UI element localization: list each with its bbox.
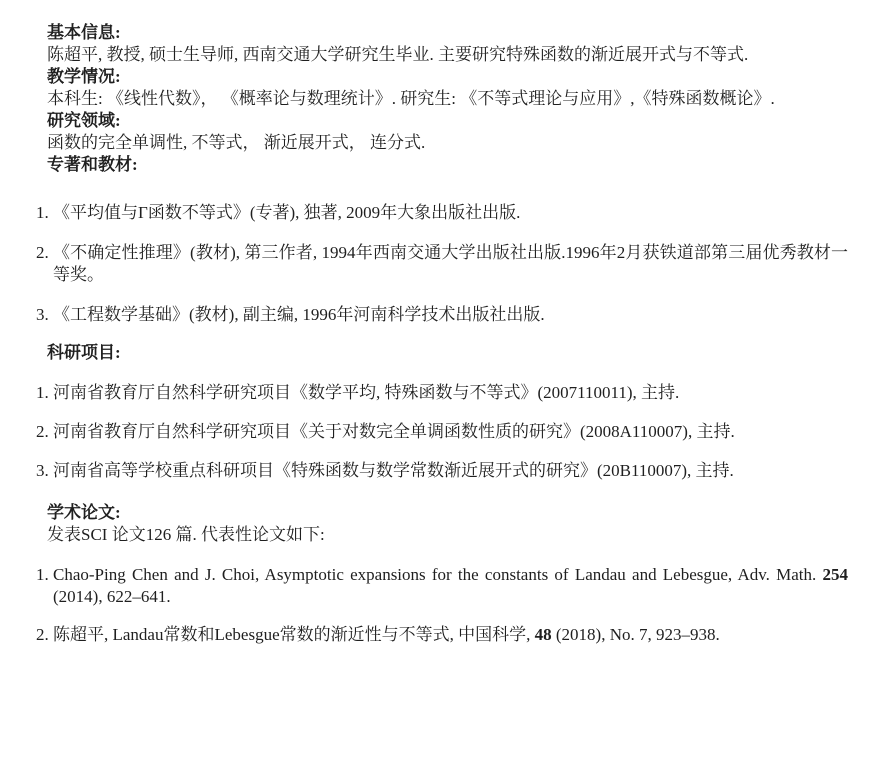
heading-books: 专著和教材:	[47, 154, 848, 176]
item-number: 2.	[36, 242, 53, 286]
books-list: 1. 《平均值与Γ函数不等式》(专著), 独著, 2009年大象出版社出版. 2…	[0, 202, 848, 326]
heading-projects: 科研项目:	[47, 342, 848, 364]
item-number: 1.	[36, 202, 53, 224]
document-page: 基本信息: 陈超平, 教授, 硕士生导师, 西南交通大学研究生毕业. 主要研究特…	[0, 0, 873, 760]
paper-citation-tail: (2014), 622–641.	[53, 587, 171, 606]
list-item: 3. 河南省高等学校重点科研项目《特殊函数与数学常数渐近展开式的研究》(20B1…	[0, 460, 848, 482]
papers-list: 1. Chao-Ping Chen and J. Choi, Asymptoti…	[0, 564, 848, 646]
list-item: 2. 《不确定性推理》(教材), 第三作者, 1994年西南交通大学出版社出版.…	[0, 242, 848, 286]
item-text: Chao-Ping Chen and J. Choi, Asymptotic e…	[53, 564, 848, 608]
item-text: 河南省高等学校重点科研项目《特殊函数与数学常数渐近展开式的研究》(20B1100…	[53, 460, 848, 482]
list-item: 1. 《平均值与Γ函数不等式》(专著), 独著, 2009年大象出版社出版.	[0, 202, 848, 224]
basic-info-paragraph: 陈超平, 教授, 硕士生导师, 西南交通大学研究生毕业. 主要研究特殊函数的渐近…	[0, 44, 848, 66]
research-areas-paragraph: 函数的完全单调性, 不等式， 渐近展开式， 连分式.	[0, 132, 848, 154]
heading-papers: 学术论文:	[47, 502, 848, 524]
item-text: 《平均值与Γ函数不等式》(专著), 独著, 2009年大象出版社出版.	[53, 202, 848, 224]
item-number: 3.	[36, 460, 53, 482]
paper-citation-text: Chao-Ping Chen and J. Choi, Asymptotic e…	[53, 565, 823, 584]
teaching-paragraph: 本科生: 《线性代数》， 《概率论与数理统计》. 研究生: 《不等式理论与应用》…	[0, 88, 848, 110]
list-item: 2. 河南省教育厅自然科学研究项目《关于对数完全单调函数性质的研究》(2008A…	[0, 421, 848, 443]
item-text: 陈超平, Landau常数和Lebesgue常数的渐近性与不等式, 中国科学, …	[53, 624, 848, 646]
list-item: 1. Chao-Ping Chen and J. Choi, Asymptoti…	[0, 564, 848, 608]
projects-list: 1. 河南省教育厅自然科学研究项目《数学平均, 特殊函数与不等式》(200711…	[0, 382, 848, 482]
paper-citation-tail: (2018), No. 7, 923–938.	[552, 625, 720, 644]
item-number: 3.	[36, 304, 53, 326]
item-text: 《不确定性推理》(教材), 第三作者, 1994年西南交通大学出版社出版.199…	[53, 242, 848, 286]
item-number: 2.	[36, 624, 53, 646]
heading-basic-info: 基本信息:	[47, 22, 848, 44]
item-number: 2.	[36, 421, 53, 443]
paper-citation-text: 陈超平, Landau常数和Lebesgue常数的渐近性与不等式, 中国科学,	[53, 625, 535, 644]
item-text: 河南省教育厅自然科学研究项目《关于对数完全单调函数性质的研究》(2008A110…	[53, 421, 848, 443]
item-text: 河南省教育厅自然科学研究项目《数学平均, 特殊函数与不等式》(200711001…	[53, 382, 848, 404]
papers-intro-paragraph: 发表SCI 论文126 篇. 代表性论文如下:	[0, 524, 848, 546]
item-number: 1.	[36, 382, 53, 404]
list-item: 2. 陈超平, Landau常数和Lebesgue常数的渐近性与不等式, 中国科…	[0, 624, 848, 646]
item-text: 《工程数学基础》(教材), 副主编, 1996年河南科学技术出版社出版.	[53, 304, 848, 326]
list-item: 3. 《工程数学基础》(教材), 副主编, 1996年河南科学技术出版社出版.	[0, 304, 848, 326]
list-item: 1. 河南省教育厅自然科学研究项目《数学平均, 特殊函数与不等式》(200711…	[0, 382, 848, 404]
heading-teaching: 教学情况:	[47, 66, 848, 88]
heading-research-areas: 研究领域:	[47, 110, 848, 132]
paper-volume: 48	[535, 625, 552, 644]
paper-volume: 254	[823, 565, 849, 584]
item-number: 1.	[36, 564, 53, 608]
